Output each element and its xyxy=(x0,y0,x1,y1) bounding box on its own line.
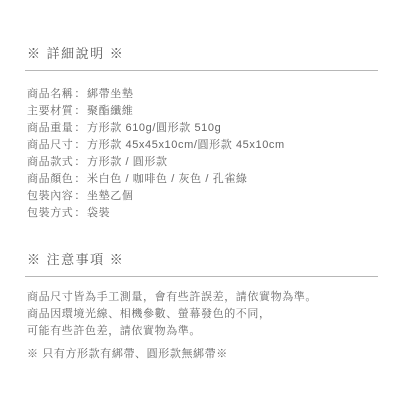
spec-colon: ： xyxy=(74,88,86,100)
notice-section: ※ 注意事項 ※ 商品尺寸皆為手工測量，會有些許誤差，請依實物為準。 商品因環境… xyxy=(27,253,378,363)
spec-colon: ： xyxy=(74,207,86,219)
spec-value: 方形款 610g/圓形款 510g xyxy=(87,122,221,134)
spec-value: 坐墊乙個 xyxy=(87,190,133,202)
spec-label: 主要材質 xyxy=(27,105,73,117)
notice-paragraph: 商品尺寸皆為手工測量，會有些許誤差，請依實物為準。 商品因環境光線、相機參數、螢… xyxy=(27,289,378,340)
spec-value: 米白色 / 咖啡色 / 灰色 / 孔雀綠 xyxy=(87,173,248,185)
spec-label: 商品重量 xyxy=(27,122,73,134)
spec-row-style: 商品款式：方形款 / 圓形款 xyxy=(27,154,378,171)
spec-row-color: 商品顏色：米白色 / 咖啡色 / 灰色 / 孔雀綠 xyxy=(27,171,378,188)
spec-colon: ： xyxy=(74,139,86,151)
spec-row-material: 主要材質：聚酯纖維 xyxy=(27,103,378,120)
spec-value: 聚酯纖維 xyxy=(87,105,133,117)
detail-section-divider xyxy=(25,70,378,71)
spec-label: 商品顏色 xyxy=(27,173,73,185)
spec-value: 方形款 / 圓形款 xyxy=(87,156,168,168)
notice-line: 商品尺寸皆為手工測量，會有些許誤差，請依實物為準。 xyxy=(27,291,317,303)
spec-colon: ： xyxy=(74,122,86,134)
spec-label: 商品尺寸 xyxy=(27,139,73,151)
spec-row-product-name: 商品名稱：綁帶坐墊 xyxy=(27,86,378,103)
notice-line: 商品因環境光線、相機參數、螢幕發色的不同， xyxy=(27,308,271,320)
notice-section-title: ※ 注意事項 ※ xyxy=(27,253,378,266)
spec-label: 商品款式 xyxy=(27,156,73,168)
spec-label: 商品名稱 xyxy=(27,88,73,100)
product-spec-list: 商品名稱：綁帶坐墊 主要材質：聚酯纖維 商品重量：方形款 610g/圓形款 51… xyxy=(27,86,378,222)
spec-value: 袋裝 xyxy=(87,207,110,219)
notice-line: 可能有些許色差，請依實物為準。 xyxy=(27,325,201,337)
detail-section: ※ 詳細說明 ※ 商品名稱：綁帶坐墊 主要材質：聚酯纖維 商品重量：方形款 61… xyxy=(27,47,378,222)
spec-value: 方形款 45x45x10cm/圓形款 45x10cm xyxy=(87,139,285,151)
spec-colon: ： xyxy=(74,156,86,168)
spec-colon: ： xyxy=(74,173,86,185)
spec-row-weight: 商品重量：方形款 610g/圓形款 510g xyxy=(27,120,378,137)
spec-row-package-content: 包裝內容：坐墊乙個 xyxy=(27,188,378,205)
spec-row-package-type: 包裝方式：袋裝 xyxy=(27,205,378,222)
spec-label: 包裝方式 xyxy=(27,207,73,219)
spec-value: 綁帶坐墊 xyxy=(87,88,133,100)
product-description-page: ※ 詳細說明 ※ 商品名稱：綁帶坐墊 主要材質：聚酯纖維 商品重量：方形款 61… xyxy=(0,0,400,400)
notice-section-divider xyxy=(25,276,378,277)
notice-highlight: ※ 只有方形款有綁帶、圓形款無綁帶※ xyxy=(27,346,378,363)
spec-row-size: 商品尺寸：方形款 45x45x10cm/圓形款 45x10cm xyxy=(27,137,378,154)
spec-label: 包裝內容 xyxy=(27,190,73,202)
spec-colon: ： xyxy=(74,190,86,202)
spec-colon: ： xyxy=(74,105,86,117)
detail-section-title: ※ 詳細說明 ※ xyxy=(27,47,378,60)
